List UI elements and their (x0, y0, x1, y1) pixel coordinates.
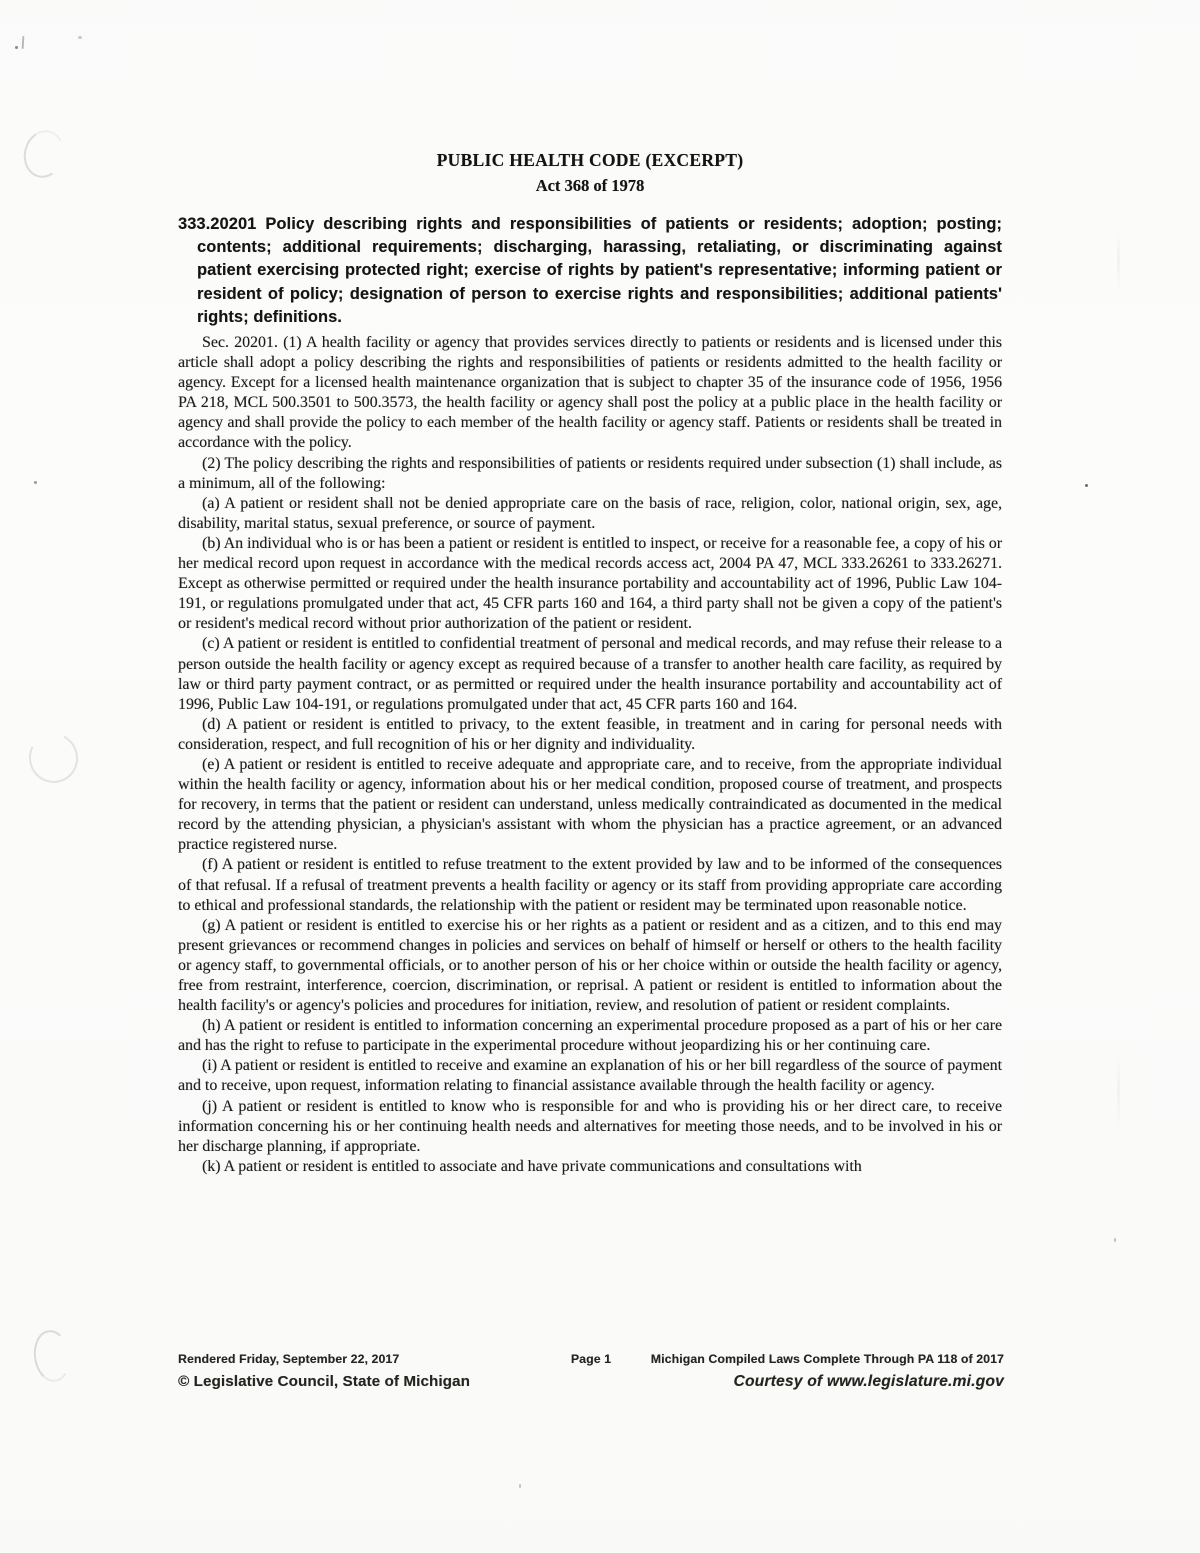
footer-compiled-note: Michigan Compiled Laws Complete Through … (611, 1352, 1004, 1366)
statute-paragraph: (d) A patient or resident is entitled to… (178, 715, 1002, 755)
footer-copyright: © Legislative Council, State of Michigan (178, 1373, 470, 1390)
statute-paragraph: (g) A patient or resident is entitled to… (178, 916, 1002, 1016)
footer-courtesy-link: Courtesy of www.legislature.mi.gov (733, 1373, 1004, 1391)
page-title: PUBLIC HEALTH CODE (EXCERPT) (178, 150, 1002, 171)
page-subtitle: Act 368 of 1978 (178, 176, 1002, 196)
page-footer: Rendered Friday, September 22, 2017 Page… (178, 1352, 1004, 1391)
document-page: PUBLIC HEALTH CODE (EXCERPT) Act 368 of … (178, 150, 1002, 1177)
statute-paragraph: Sec. 20201. (1) A health facility or age… (178, 333, 1002, 454)
statute-paragraph: (j) A patient or resident is entitled to… (178, 1097, 1002, 1157)
statute-paragraph: (h) A patient or resident is entitled to… (178, 1016, 1002, 1056)
footer-credit-row: © Legislative Council, State of Michigan… (178, 1373, 1004, 1391)
section-heading: 333.20201 Policy describing rights and r… (178, 213, 1002, 329)
statute-paragraph: (f) A patient or resident is entitled to… (178, 855, 1002, 915)
statute-paragraph: (k) A patient or resident is entitled to… (178, 1157, 1002, 1177)
footer-page-number: Page 1 (571, 1352, 611, 1366)
footer-rendered-date: Rendered Friday, September 22, 2017 (178, 1352, 571, 1366)
statute-paragraph: (i) A patient or resident is entitled to… (178, 1056, 1002, 1096)
statute-paragraph: (b) An individual who is or has been a p… (178, 534, 1002, 634)
statute-paragraph: (c) A patient or resident is entitled to… (178, 634, 1002, 714)
statute-paragraph: (2) The policy describing the rights and… (178, 454, 1002, 494)
footer-meta-row: Rendered Friday, September 22, 2017 Page… (178, 1352, 1004, 1366)
statute-paragraph: (e) A patient or resident is entitled to… (178, 755, 1002, 855)
statute-paragraph: (a) A patient or resident shall not be d… (178, 494, 1002, 534)
statute-body: Sec. 20201. (1) A health facility or age… (178, 333, 1002, 1177)
